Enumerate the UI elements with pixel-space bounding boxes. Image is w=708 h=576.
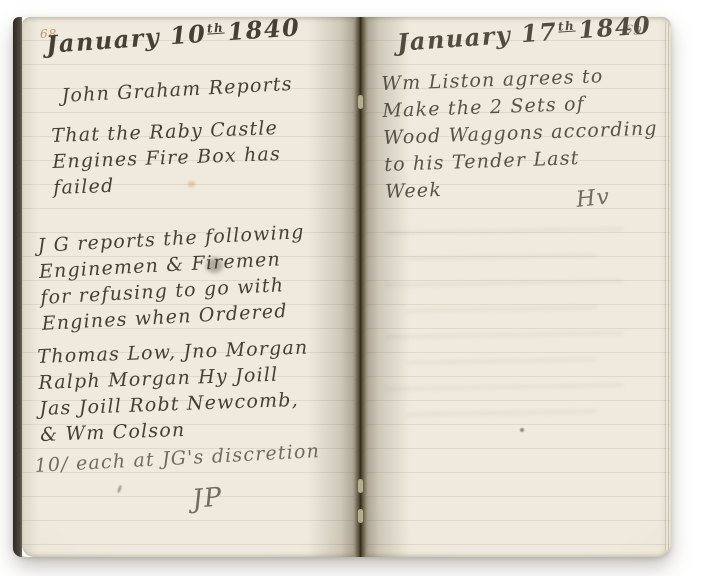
binding-stitch: [358, 95, 363, 109]
handwritten-line: Wm Liston agrees to: [381, 61, 656, 98]
page-number-left: 68: [40, 27, 57, 41]
entry-raby-castle: That the Raby Castle Engines Fire Box ha…: [51, 115, 282, 201]
handwritten-line: Engines when Ordered: [41, 297, 309, 337]
handwritten-line: & Wm Colson: [40, 412, 312, 447]
photo-background: 68 January 10th1840 John Graham Reports …: [0, 0, 708, 576]
ink-smudge: [206, 258, 223, 273]
binding-stitch: [358, 509, 363, 523]
entry-date-right: January 17th1840: [396, 10, 652, 57]
entry-date-left-ordinal: th: [207, 21, 225, 36]
handwritten-line: Wood Waggons according: [383, 115, 658, 152]
handwritten-line: Jas Joill Robt Newcomb,: [39, 387, 311, 422]
entry-date-right-year: 1840: [578, 10, 653, 44]
handwritten-line: Thomas Low, Jno Morgan: [37, 335, 309, 370]
foxing-spot: [188, 181, 195, 187]
entry-date-left: January 10th1840: [45, 12, 301, 59]
entry-liston-agreement: Wm Liston agrees to Make the 2 Sets of W…: [381, 61, 660, 205]
stray-pen-mark: [117, 485, 123, 494]
show-through-writing: [385, 229, 657, 439]
entry-names-list: Thomas Low, Jno Morgan Ralph Morgan Hy J…: [37, 335, 312, 448]
entry-fine-note: 10/ each at JG's discretion: [34, 438, 321, 479]
handwritten-line: Make the 2 Sets of: [382, 88, 657, 125]
handwritten-line: for refusing to go with: [40, 271, 308, 311]
binding-stitch: [358, 479, 363, 493]
open-notebook: 68 January 10th1840 John Graham Reports …: [13, 17, 671, 557]
handwritten-line: Engines Fire Box has: [52, 141, 281, 175]
entry-date-right-day: January 17: [396, 17, 558, 57]
handwritten-line: failed: [53, 167, 282, 201]
handwritten-line: John Graham Reports: [61, 71, 293, 109]
handwritten-line: 10/ each at JG's discretion: [34, 438, 321, 479]
right-page: 69 January 17th1840 Wm Liston agrees to …: [367, 17, 671, 557]
book-cover-edge: [13, 17, 22, 557]
entry-date-right-ordinal: th: [558, 19, 576, 34]
handwritten-line: Week: [385, 169, 660, 206]
page-number-right: 69: [624, 22, 643, 39]
handwritten-line: That the Raby Castle: [51, 115, 280, 149]
left-page: 68 January 10th1840 John Graham Reports …: [22, 17, 354, 557]
signature-initials-right: Hv: [575, 184, 611, 212]
entry-refusal-report: J G reports the following Enginemen & Fi…: [37, 219, 309, 337]
signature-initials-left: JP: [191, 482, 224, 515]
handwritten-line: J G reports the following: [37, 219, 305, 259]
handwritten-line: Enginemen & Firemen: [38, 245, 306, 285]
handwritten-line: Ralph Morgan Hy Joill: [38, 361, 310, 396]
ink-dot: [520, 428, 524, 432]
book-spine-gutter: [354, 17, 367, 557]
page-edges: [665, 23, 671, 551]
entry-reporter: John Graham Reports: [61, 71, 293, 109]
entry-date-left-day: January 10: [45, 19, 207, 59]
handwritten-line: to his Tender Last: [384, 142, 659, 179]
entry-date-left-year: 1840: [227, 12, 302, 46]
